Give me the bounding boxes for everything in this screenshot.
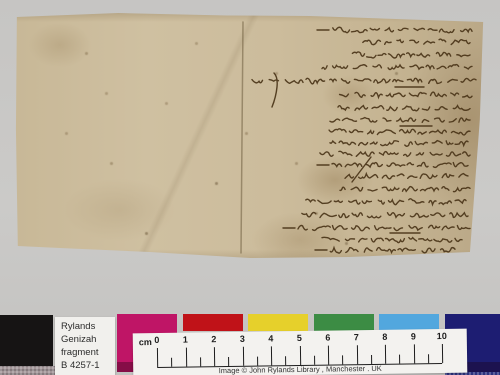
black-calibration-patch [0,315,53,367]
ruler-number: 10 [437,331,447,341]
ruler-card: cm 012345678910 Image © John Rylands Lib… [133,329,468,375]
ruler-tick-major [214,347,215,366]
ruler-tick-major [299,346,300,365]
label-line-1: Rylands [61,320,115,333]
color-patch-green [314,314,374,331]
paper-stain-specks [15,12,18,15]
label-shelfmark: B 4257-1 [61,359,115,372]
ruler-number: 5 [297,333,302,343]
ruler-number: 0 [154,335,159,345]
ruler-number: 8 [382,332,387,342]
ruler-tick-major [356,345,357,364]
color-patch-yellow [248,314,308,331]
ruler-number: 9 [411,331,416,341]
ruler-number: 1 [183,335,188,345]
ruler-tick-major [157,348,158,367]
color-patch-red [183,314,243,331]
ruler-number: 3 [240,334,245,344]
ruler-number: 2 [211,334,216,344]
ruler-tick-major [185,348,186,367]
label-line-2: Genizah [61,333,115,346]
ruler-tick-major [385,345,386,364]
ruler-tick-major [328,346,329,365]
ruler-tick-major [442,344,443,363]
photo-stage: Rylands Genizah fragment B 4257-1 cm 012… [0,0,500,375]
ruler-tick-major [413,344,414,363]
ruler-tick-major [271,346,272,365]
label-line-3: fragment [61,346,115,359]
ruler-number: 6 [325,333,330,343]
ruler-number: 4 [268,333,273,343]
ruler-number: 7 [354,332,359,342]
backdrop-texture-left [0,366,56,375]
ruler-tick-major [242,347,243,366]
manuscript-fragment [15,12,485,262]
label-card: Rylands Genizah fragment B 4257-1 [55,317,115,375]
